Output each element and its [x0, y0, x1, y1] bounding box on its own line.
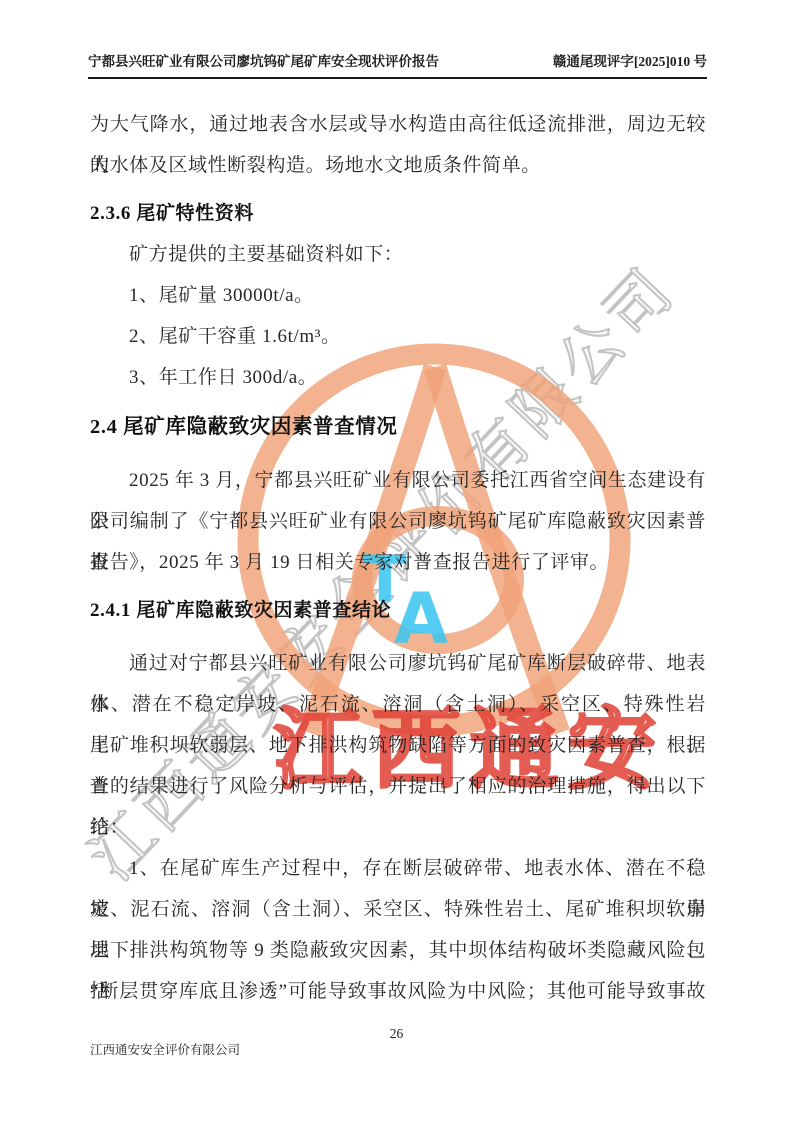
list-item: 3、年工作日 300d/a。: [90, 357, 706, 398]
paragraph-line: 公司编制了《宁都县兴旺矿业有限公司廖坑钨矿尾矿库隐蔽致灾因素普查: [90, 501, 706, 542]
header-doc-number: 赣通尾现评字[2025]010 号: [553, 50, 707, 70]
paragraph-line: 地下排洪构筑物等 9 类隐蔽致灾因素，其中坝体结构破坏类隐藏风险包括: [90, 930, 706, 971]
paragraph-line: “断层贯穿库底且渗透”可能导致事故风险为中风险；其他可能导致事故: [90, 971, 706, 1012]
paragraph-line: 查的结果进行了风险分析与评估，并提出了相应的治理措施，得出以下结: [90, 766, 706, 807]
paragraph-line: 尾矿堆积坝软弱层、地下排洪构筑物缺陷等方面的致灾因素普查，根据普: [90, 725, 706, 766]
header-report-title: 宁都县兴旺矿业有限公司廖坑钨矿尾矿库安全现状评价报告: [88, 50, 439, 70]
paragraph-line: 报告》，2025 年 3 月 19 日相关专家对普查报告进行了评审。: [90, 542, 706, 583]
paragraph-line: 论：: [90, 807, 706, 848]
page-header: 宁都县兴旺矿业有限公司廖坑钨矿尾矿库安全现状评价报告 赣通尾现评字[2025]0…: [88, 50, 707, 79]
paragraph-line: 矿方提供的主要基础资料如下：: [90, 234, 706, 275]
footer-company-name: 江西通安安全评价有限公司: [90, 1040, 240, 1058]
list-item: 1、尾矿量 30000t/a。: [90, 275, 706, 316]
paragraph-line: 坡、泥石流、溶洞（含土洞）、采空区、特殊性岩土、尾矿堆积坝软弱层、: [90, 889, 706, 930]
paragraph-line: 通过对宁都县兴旺矿业有限公司廖坑钨矿尾矿库断层破碎带、地表水: [90, 643, 706, 684]
section-heading-2-4-1: 2.4.1 尾矿库隐蔽致灾因素普查结论: [90, 590, 706, 631]
paragraph-line: 1、在尾矿库生产过程中，存在断层破碎带、地表水体、潜在不稳定岸: [90, 848, 706, 889]
paragraph-line: 2025 年 3 月，宁都县兴旺矿业有限公司委托江西省空间生态建设有限: [90, 460, 706, 501]
report-page: 江西通安安全评价有限公司 T A 江西通安 宁都县兴旺矿业有限公司廖坑钨矿尾矿库…: [0, 0, 793, 1122]
paragraph-line: 的水体及区域性断裂构造。场地水文地质条件简单。: [90, 145, 706, 186]
document-body: 为大气降水，通过地表含水层或导水构造由高往低迳流排泄，周边无较大 的水体及区域性…: [90, 104, 706, 1012]
section-heading-2-4: 2.4 尾矿库隐蔽致灾因素普查情况: [90, 407, 706, 448]
paragraph-line: 体、潜在不稳定岸坡、泥石流、溶洞（含土洞）、采空区、特殊性岩土、: [90, 684, 706, 725]
paragraph-line: 为大气降水，通过地表含水层或导水构造由高往低迳流排泄，周边无较大: [90, 104, 706, 145]
section-heading-2-3-6: 2.3.6 尾矿特性资料: [90, 193, 706, 234]
list-item: 2、尾矿干容重 1.6t/m³。: [90, 316, 706, 357]
